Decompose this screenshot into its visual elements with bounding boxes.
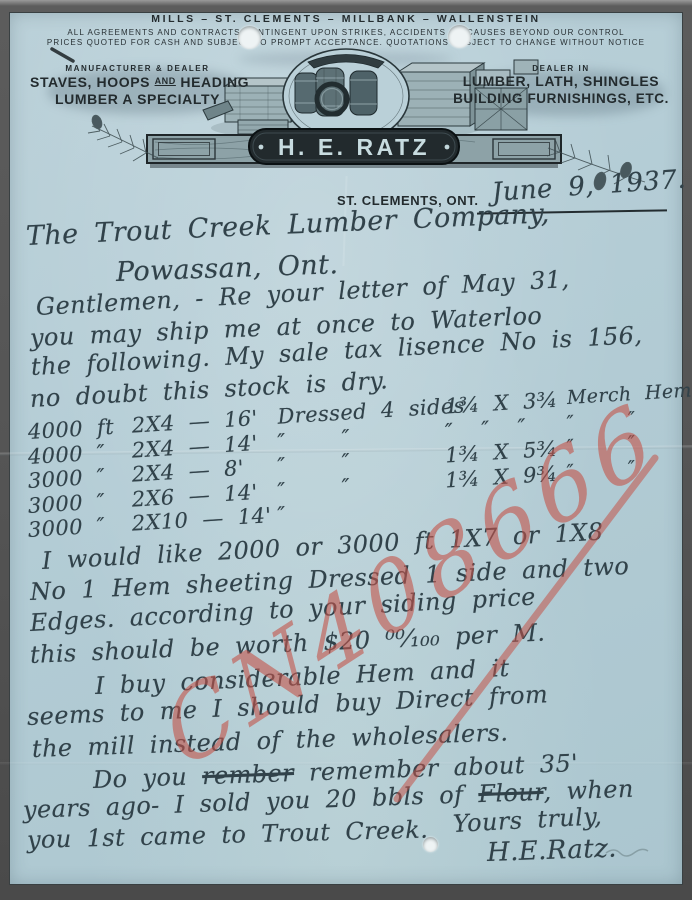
left-block-line2: STAVES, HOOPS AND HEADING (30, 73, 245, 91)
line-post: , when (543, 775, 634, 806)
conditions-line-1: ALL AGREEMENTS AND CONTRACTS CONTINGENT … (0, 28, 692, 37)
left-line2-pre: STAVES, HOOPS (30, 74, 155, 90)
punch-hole (448, 25, 471, 48)
banner-dot-left (259, 145, 264, 150)
recipient-line-1: The Trout Creek Lumber Company, (25, 198, 550, 252)
left-dealer-block: MANUFACTURER & DEALER STAVES, HOOPS AND … (30, 64, 245, 108)
banner-dot-right (445, 145, 450, 150)
company-banner: H. E. RATZ (147, 129, 561, 168)
punch-hole (423, 837, 438, 852)
company-name: H. E. RATZ (278, 134, 430, 160)
conditions-line-2: PRICES QUOTED FOR CASH AND SUBJECT TO PR… (0, 38, 692, 47)
left-line2-post: HEADING (176, 74, 249, 90)
right-block-line3: BUILDING FURNISHINGS, ETC. (452, 90, 670, 107)
signature: H.E.Ratz. (486, 833, 617, 868)
struck-word: Flour (478, 778, 544, 808)
punch-hole (238, 26, 261, 49)
right-block-line2: LUMBER, LATH, SHINGLES (452, 73, 670, 90)
left-line2-and: AND (155, 76, 176, 86)
cell-qty: 3000 ″ (27, 512, 132, 542)
left-block-line1: MANUFACTURER & DEALER (30, 64, 245, 73)
right-block-line1: DEALER IN (452, 64, 670, 73)
mills-line: MILLS – ST. CLEMENTS – MILLBANK – WALLEN… (0, 13, 692, 25)
left-block-line3: LUMBER A SPECIALTY (30, 91, 245, 108)
right-dealer-block: DEALER IN LUMBER, LATH, SHINGLES BUILDIN… (452, 64, 670, 107)
